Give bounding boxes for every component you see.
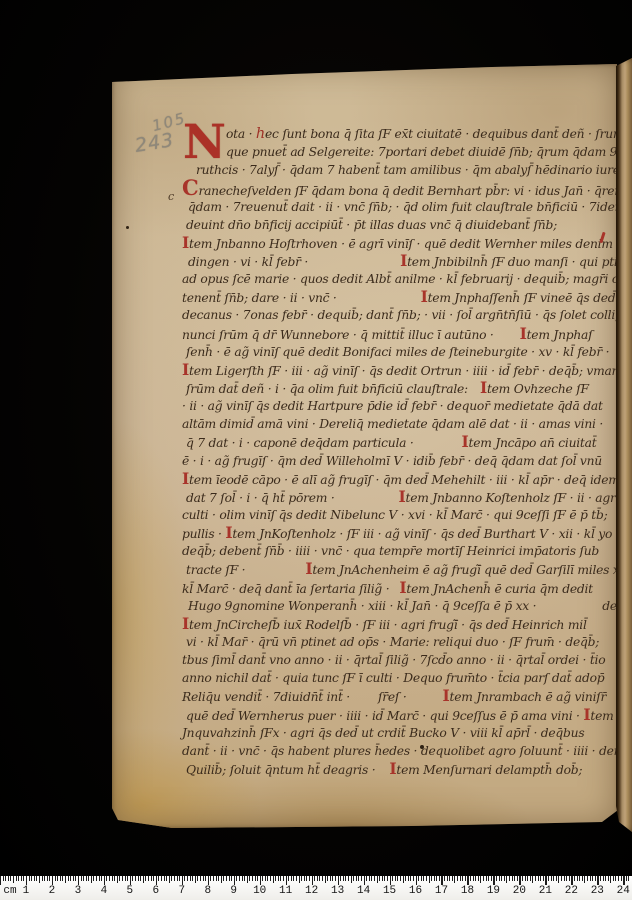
ruler-tick (496, 876, 497, 881)
ruler-tick (283, 876, 284, 881)
manuscript-line: dant̄ · ii · vnc̄ · q̄s habent plures h̄… (182, 742, 612, 760)
ruler-tick (135, 876, 136, 881)
measuring-ruler: cm 1234567891011121314151617181920212223… (0, 876, 632, 900)
ruler-tick (169, 876, 170, 883)
ruler-tick (340, 876, 341, 881)
ruler-tick (423, 876, 424, 881)
line-gap (335, 501, 399, 502)
ruler-tick (600, 876, 601, 881)
ruler-tick (590, 876, 591, 881)
manuscript-line: tenent̄ ſn̄b; dare · ii · vnc̄ ·Item Jnp… (182, 288, 612, 306)
ruler-tick (190, 876, 191, 881)
ruler-tick (5, 876, 6, 881)
ink-text: Quilib̄; ſoluit q̄ntum ht̄ deagris · (186, 763, 375, 777)
ruler-number: 8 (204, 885, 211, 897)
ruler-tick (216, 876, 217, 881)
rubric-text: h (256, 126, 265, 142)
ruler-tick (255, 876, 256, 881)
ruler-tick (112, 876, 113, 881)
ruler-tick (558, 876, 559, 883)
rubric-text: I (421, 287, 428, 306)
ruler-tick (109, 876, 110, 881)
manuscript-line: q̄ 7 dat · i · caponē deq̄dam particula … (182, 433, 612, 451)
manuscript-line: vi · kl̄ Mar̄ · q̄rū vn̄ ptinet ad op̄s … (182, 633, 612, 651)
ruler-tick (467, 876, 468, 885)
ruler-tick (486, 876, 487, 881)
ruler-tick (628, 876, 629, 881)
rubric-text: I (520, 324, 527, 343)
ruler-tick (161, 876, 162, 881)
ruler-tick (574, 876, 575, 881)
ruler-tick (0, 876, 1, 885)
ruler-tick (623, 876, 624, 885)
ruler-tick (319, 876, 320, 881)
ink-text: altām dimid̄ amā vini · Dereliq̄ medieta… (182, 417, 603, 431)
ruler-tick (597, 876, 598, 885)
ruler-tick (431, 876, 432, 881)
ruler-tick (454, 876, 455, 883)
ink-text: nunci ſrūm q̄ dr̄ Wunnebore · q̄ mittit̄… (182, 328, 494, 342)
ink-fleck (126, 226, 129, 229)
ruler-tick (278, 876, 279, 881)
ruler-tick (200, 876, 201, 881)
ruler-tick (335, 876, 336, 881)
ruler-tick (514, 876, 515, 881)
ruler-tick (26, 876, 27, 885)
ruler-tick (21, 876, 22, 881)
ruler-tick (610, 876, 611, 883)
ruler-tick (564, 876, 565, 881)
ruler-tick (522, 876, 523, 881)
ruler-tick (436, 876, 437, 881)
ruler-tick (247, 876, 248, 883)
ruler-tick (13, 876, 14, 883)
ruler-tick (553, 876, 554, 881)
ruler-tick (444, 876, 445, 881)
ruler-tick (229, 876, 230, 881)
ruler-tick (184, 876, 185, 881)
manuscript-line: Quilib̄; ſoluit q̄ntum ht̄ deagris ·Item… (182, 760, 612, 778)
ink-text: ruthcis · 7alyſ̄ · q̄dam 7 habent̄ tam a… (196, 163, 624, 177)
manuscript-line: ſenh̄ · ē ag̃ vinīſ quē dedit Bonifaci m… (182, 343, 612, 361)
ruler-tick (582, 876, 583, 881)
ruler-tick (488, 876, 489, 881)
ruler-tick (626, 876, 627, 881)
ruler-tick (345, 876, 346, 881)
ruler-tick (280, 876, 281, 881)
manuscript-line: Item JnCircheſb̄ iux̄ Rodelſb̄ · ſF iii … (182, 615, 612, 633)
ruler-tick (257, 876, 258, 881)
ruler-tick (151, 876, 152, 881)
ruler-tick (374, 876, 375, 881)
ruler-tick (42, 876, 43, 881)
ruler-tick (114, 876, 115, 881)
ruler-tick (392, 876, 393, 881)
ruler-tick (371, 876, 372, 881)
ink-text: Jnquvahzinh̄ ſFx · agri q̄s ded̄ ut crdi… (182, 726, 584, 740)
ink-text: ē · i · ag̃ frugīſ · q̄m ded̄ Willeholmī… (182, 454, 602, 468)
ruler-tick (579, 876, 580, 881)
ink-text: anno nichil dat̄ · quia tunc ſF ī culti … (182, 671, 604, 685)
ruler-tick (592, 876, 593, 881)
ink-text: tem JnCircheſb̄ iux̄ Rodelſb̄ · ſF iii ·… (189, 618, 587, 632)
ink-fleck (420, 745, 424, 749)
ruler-tick (356, 876, 357, 881)
ruler-tick (296, 876, 297, 881)
ruler-tick (603, 876, 604, 881)
ruler-tick (304, 876, 305, 881)
ink-text: que pnuet̄ ad Selgereite: 7portari debet… (226, 145, 632, 159)
ruler-labels: cm 1234567891011121314151617181920212223… (0, 885, 632, 900)
ruler-tick (322, 876, 323, 881)
ink-text: tem Jnbanno Hoſtrhoven · ē agrī vinīſ · … (189, 237, 613, 251)
ruler-tick (210, 876, 211, 881)
ruler-tick (330, 876, 331, 881)
ink-text: · ii · ag̃ vinīſ q̄s dedit Hartpure p̄di… (182, 399, 603, 413)
ruler-tick (93, 876, 94, 881)
manuscript-line: Item īeodē cāpo · ē alī ag̃ frugīſ · q̄m… (182, 470, 612, 488)
ruler-tick (47, 876, 48, 881)
ruler-number: 7 (178, 885, 185, 897)
ruler-tick (49, 876, 50, 881)
ruler-tick (174, 876, 175, 881)
line-gap (414, 446, 462, 447)
ruler-tick (410, 876, 411, 881)
ink-text: tem JnAchenheim ē ag̃ frugī̃ quē ded̄ Ga… (312, 563, 619, 577)
rubric-text: I (182, 233, 189, 252)
ink-text: tem Jnbanno Koſtenholz ſF · ii · agri in (406, 491, 632, 505)
ruler-tick (364, 876, 365, 885)
ruler-tick (517, 876, 518, 881)
ruler-tick (36, 876, 37, 881)
ruler-tick (70, 876, 71, 881)
line-gap (536, 609, 602, 610)
ruler-tick (608, 876, 609, 881)
ruler-tick (68, 876, 69, 881)
ruler-tick (234, 876, 235, 885)
manuscript-line: ſrūm dat̄ deñ · i · q̄a olim fuit bn̄fic… (182, 379, 612, 397)
ruler-tick (29, 876, 30, 881)
ruler-tick (236, 876, 237, 881)
ruler-tick (164, 876, 165, 881)
rubric-text: I (480, 378, 487, 397)
ruler-tick (332, 876, 333, 881)
ink-text: quē ded̄ Wernherus puer · iiii · id̄ Mar… (186, 709, 583, 723)
ruler-tick (532, 876, 533, 883)
ruler-tick (119, 876, 120, 881)
ruler-number: 10 (253, 885, 266, 897)
ruler-tick (143, 876, 144, 883)
manuscript-line: Cranecheſvelden ſF q̄dam bona q̄ dedit B… (182, 179, 612, 197)
manuscript-line: anno nichil dat̄ · quia tunc ſF ī culti … (182, 669, 612, 687)
line-gap (468, 392, 480, 393)
ruler-tick (249, 876, 250, 881)
manuscript-line: ota · hec ſunt bona q̄ ſita ſF ex̄t ciui… (182, 125, 612, 143)
ruler-tick (182, 876, 183, 885)
ruler-unit-label: cm (3, 885, 16, 897)
ruler-tick (73, 876, 74, 881)
ruler-tick (506, 876, 507, 883)
manuscript-line: · ii · ag̃ vinīſ q̄s dedit Hartpure p̄di… (182, 397, 612, 415)
ruler-tick (203, 876, 204, 881)
ruler-tick (231, 876, 232, 881)
ruler-tick (18, 876, 19, 881)
ruler-tick (530, 876, 531, 881)
manuscript-line: culti · olim vinīſ q̄s dedit Nibelunc V … (182, 506, 612, 524)
ruler-tick (208, 876, 209, 885)
ruler-tick (387, 876, 388, 881)
ruler-tick (117, 876, 118, 883)
ruler-tick (10, 876, 11, 881)
ink-text: tem Menſurnari delampth̄ dob̄; (396, 763, 582, 777)
ruler-tick (317, 876, 318, 881)
ruler-tick (244, 876, 245, 881)
ink-text: tem Jncāpo an̄ ciuitat̄ (469, 436, 597, 450)
manuscript-line: deuint dn̄o bn̄ficij accipiūt̄ · p̄t ill… (182, 216, 612, 234)
ruler-tick (192, 876, 193, 881)
ruler-tick (158, 876, 159, 881)
ruler-tick (16, 876, 17, 881)
manuscript-line: que pnuet̄ ad Selgereite: 7portari debet… (182, 143, 612, 161)
ruler-tick (260, 876, 261, 885)
ruler-tick (540, 876, 541, 881)
ruler-tick (226, 876, 227, 881)
line-gap (389, 592, 399, 593)
ruler-tick (327, 876, 328, 881)
ruler-tick (88, 876, 89, 881)
ruler-tick (252, 876, 253, 881)
ruler-tick (470, 876, 471, 881)
ruler-tick (325, 876, 326, 883)
ruler-number: 18 (461, 885, 474, 897)
ruler-tick (171, 876, 172, 881)
ruler-tick (429, 876, 430, 883)
ruler-number: 9 (230, 885, 237, 897)
ruler-tick (462, 876, 463, 881)
ruler-number: 4 (101, 885, 108, 897)
ruler-tick (527, 876, 528, 881)
ruler-tick (577, 876, 578, 881)
ruler-tick (379, 876, 380, 881)
ruler-tick (122, 876, 123, 881)
ruler-tick (156, 876, 157, 885)
ruler-number: 2 (49, 885, 56, 897)
margin-letter: c (168, 190, 174, 203)
ruler-number: 17 (435, 885, 448, 897)
ink-text: tem JnAchenh̄ ē curia q̄m dedit (406, 582, 592, 596)
ruler-tick (377, 876, 378, 883)
ruler-tick (125, 876, 126, 881)
ruler-number: 22 (565, 885, 578, 897)
ruler-tick (39, 876, 40, 883)
ruler-tick (561, 876, 562, 881)
ruler-tick (460, 876, 461, 881)
ink-text: vi · kl̄ Mar̄ · q̄rū vn̄ ptinet ad op̄s … (186, 635, 599, 649)
line-gap (350, 700, 378, 701)
line-gap (337, 301, 421, 302)
ruler-tick (312, 876, 313, 885)
rubric-text: I (182, 360, 189, 379)
manuscript-line: nunci ſrūm q̄ dr̄ Wunnebore · q̄ mittit̄… (182, 325, 612, 343)
ruler-tick (478, 876, 479, 881)
ruler-tick (605, 876, 606, 881)
ruler-tick (538, 876, 539, 881)
manuscript-line: dat 7 ſol̄ · i · q̄ ht̄ pōrem ·Item Jnba… (182, 488, 612, 506)
ruler-tick (306, 876, 307, 881)
ruler-tick (452, 876, 453, 881)
manuscript-line: quē ded̄ Wernherus puer · iiii · id̄ Mar… (182, 706, 612, 724)
ruler-tick (106, 876, 107, 881)
ruler-tick (91, 876, 92, 883)
ruler-tick (615, 876, 616, 881)
ruler-tick (348, 876, 349, 881)
ruler-number: 19 (487, 885, 500, 897)
ruler-tick (104, 876, 105, 885)
ruler-tick (361, 876, 362, 881)
ruler-tick (205, 876, 206, 881)
rubric-text: I (399, 487, 406, 506)
ink-text: tem Jnphaſ (527, 328, 593, 342)
ruler-tick (569, 876, 570, 881)
manuscript-page: 105 243 c N ota · hec ſunt bona q̄ ſita … (112, 64, 618, 828)
ruler-tick (34, 876, 35, 881)
ruler-tick (55, 876, 56, 881)
rubric-text: I (182, 469, 189, 488)
line-gap (407, 700, 443, 701)
ruler-tick (405, 876, 406, 881)
line-gap (494, 338, 520, 339)
ruler-tick (179, 876, 180, 881)
ink-text: dant̄ · ii · vnc̄ · q̄s habent plures h̄… (182, 744, 629, 758)
ruler-tick (153, 876, 154, 881)
manuscript-line: dingen · vi · kl̄ febr̄ ·Item Jnbibilnh̄… (182, 252, 612, 270)
ruler-tick (595, 876, 596, 881)
ruler-tick (52, 876, 53, 885)
ruler-tick (130, 876, 131, 885)
ruler-tick (483, 876, 484, 881)
manuscript-line: tbus ſiml̄ dant̄ vno anno · ii · q̄rtal̄… (182, 651, 612, 669)
ruler-number: 24 (617, 885, 630, 897)
manuscript-line: pullis · Item JnKoſtenholz · ſF iii · ag… (182, 524, 612, 542)
ruler-number: 21 (539, 885, 552, 897)
ruler-tick (343, 876, 344, 881)
manuscript-line: q̄dam · 7reuenut̄ dait · ii · vnc̄ ſn̄b;… (182, 198, 612, 216)
ink-text: tem Jnbibilnh̄ ſF duo manſi · qui ptinen… (407, 255, 632, 269)
ruler-tick (23, 876, 24, 881)
ruler-tick (390, 876, 391, 885)
ruler-tick (301, 876, 302, 881)
ruler-tick (543, 876, 544, 881)
ruler-tick (413, 876, 414, 881)
ruler-tick (293, 876, 294, 881)
ruler-tick (65, 876, 66, 883)
ruler-tick (31, 876, 32, 881)
ink-text: Reliq̄u vendit̄ · 7diuidn̄t̄ int̄ · (182, 690, 350, 704)
ruler-tick (499, 876, 500, 881)
line-gap (375, 773, 389, 774)
ruler-tick (83, 876, 84, 881)
ruler-tick (535, 876, 536, 881)
manuscript-line: Item Jnbanno Hoſtrhoven · ē agrī vinīſ ·… (182, 234, 612, 252)
ruler-number: 11 (279, 885, 292, 897)
ruler-tick (501, 876, 502, 881)
ruler-tick (99, 876, 100, 881)
ruler-tick (96, 876, 97, 881)
ruler-tick (265, 876, 266, 881)
ruler-tick (242, 876, 243, 881)
ruler-tick (351, 876, 352, 883)
ink-text: ad opus ſcē marie · quos dedit Albt̄ ani… (182, 272, 630, 286)
ink-text: Hugo 9gnomine Wonperanh̄ · xiii · kl̄ Ja… (188, 599, 536, 613)
manuscript-line: ad opus ſcē marie · quos dedit Albt̄ ani… (182, 270, 612, 288)
ruler-tick (101, 876, 102, 881)
ink-text: tem Jnrambach ē ag̃ viniſr̄ (450, 690, 607, 704)
manuscript-line: tracte ſF ·Item JnAchenheim ē ag̃ frugī̃… (182, 560, 612, 578)
ruler-tick (449, 876, 450, 881)
ruler-tick (465, 876, 466, 881)
ruler-tick (556, 876, 557, 881)
ruler-tick (138, 876, 139, 881)
ruler-tick (512, 876, 513, 881)
pencil-number: 243 (134, 129, 176, 157)
ruler-number: 3 (75, 885, 82, 897)
ruler-tick (221, 876, 222, 883)
ink-text: deuint dn̄o bn̄ficij accipiūt̄ · p̄t ill… (186, 218, 557, 232)
ruler-tick (369, 876, 370, 881)
ink-text: kl̄ Marc̄ · deq̄ dant̄ īa ſertaria ſilig… (182, 582, 389, 596)
ink-text: tenent̄ ſn̄b; dare · ii · vnc̄ · (182, 291, 337, 305)
ink-text: ſr̄eſ · (378, 690, 407, 704)
ruler-number: 20 (513, 885, 526, 897)
ruler-tick (475, 876, 476, 881)
ruler-tick (434, 876, 435, 881)
ink-text: decanus · 7onas febr̄ · dequib̄; dant̄ ſ… (182, 308, 626, 322)
line-gap (308, 265, 400, 266)
ruler-tick (397, 876, 398, 881)
ink-text: ſrūm dat̄ deñ · i · q̄a olim fuit bn̄fic… (186, 382, 468, 396)
ruler-tick (447, 876, 448, 881)
ink-text: tem Jnphaſſenh̄ ſF vineē q̄s ded̄ Heſſo (428, 291, 632, 305)
ruler-tick (358, 876, 359, 881)
manuscript-line: altām dimid̄ amā vini · Dereliq̄ medieta… (182, 415, 612, 433)
ruler-number: 6 (153, 885, 160, 897)
ruler-tick (426, 876, 427, 881)
ruler-tick (421, 876, 422, 881)
ink-text: tem (590, 709, 613, 723)
ruler-tick (223, 876, 224, 881)
ink-text: tbus ſiml̄ dant̄ vno anno · ii · q̄rtal̄… (182, 653, 605, 667)
ruler-tick (338, 876, 339, 885)
ruler-tick (566, 876, 567, 881)
ink-text: q̄dam · 7reuenut̄ dait · ii · vnc̄ ſn̄b;… (188, 200, 632, 214)
manuscript-line: kl̄ Marc̄ · deq̄ dant̄ īa ſertaria ſilig… (182, 579, 612, 597)
ink-text: deq̄b̄; debent̄ ſn̄b̄ · iiii · vnc̄ · qu… (182, 544, 599, 558)
ruler-tick (491, 876, 492, 881)
manuscript-line: Hugo 9gnomine Wonperanh̄ · xiii · kl̄ Ja… (182, 597, 612, 615)
ruler-tick (177, 876, 178, 881)
ink-text: dat 7 ſol̄ · i · q̄ ht̄ pōrem · (186, 491, 335, 505)
ruler-number: 16 (409, 885, 422, 897)
ruler-tick (621, 876, 622, 881)
ruler-tick (291, 876, 292, 881)
ruler-tick (75, 876, 76, 881)
ruler-tick (548, 876, 549, 881)
ruler-tick (384, 876, 385, 881)
ruler-tick (519, 876, 520, 885)
ruler-tick (132, 876, 133, 881)
ruler-number: 5 (127, 885, 134, 897)
ruler-tick (473, 876, 474, 881)
